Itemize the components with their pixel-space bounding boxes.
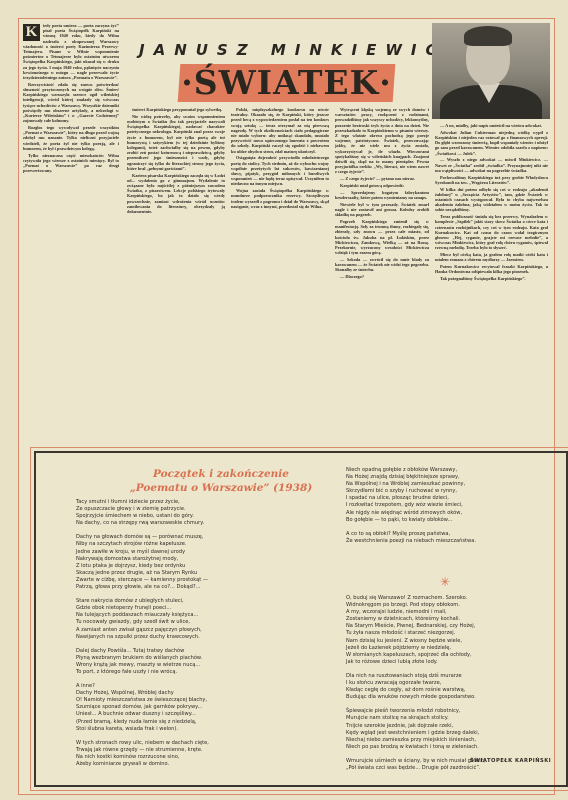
article-paragraph: Osiągnięta dojrzałość przywiodła młodzie…	[231, 155, 329, 186]
poem-line: Uniesł... A buchnie odwar duszny i szczę…	[76, 711, 209, 718]
poem-end-column: O, buduj się Warszawo! Z rozmachem. Szer…	[346, 595, 485, 779]
poem-stanza: Dachy na głowach domów są — porównać mus…	[76, 534, 209, 591]
article-title: ·ŚWIATEK·	[179, 62, 394, 102]
article-column-1: śmierci Karpińskiego przypomniał jego sy…	[127, 107, 225, 427]
article-paragraph: — Z czego żyjecie? — pytano nas nieraz.	[335, 176, 429, 181]
poem-line: O, buduj się Warszawo! Z rozmachem. Szer…	[346, 595, 485, 602]
article-paragraph: Pochowaliśmy Karpińskiego tuż przy grobi…	[435, 175, 548, 185]
poem-line: Nam dzisiaj ku jesieni. Z wiosny będzie …	[346, 638, 485, 645]
article-paragraph: Teraz publiczność śmiała się bez przerwy…	[435, 214, 548, 250]
poem-line: Kędy wgląd jest westchnieniem i gdzie br…	[346, 730, 485, 737]
poem-line: Niech opadną gołębie z obłoków Warszawy,	[346, 467, 476, 474]
poem-line: „Pół świata czci was będzie... Drugie pó…	[346, 765, 485, 772]
poem-stanza: Śpiewajcie pieśń tworzenia młodzi robotn…	[346, 708, 485, 751]
article-paragraph: Tak pożegnaliśmy Świątopełka Karpińskieg…	[435, 276, 548, 281]
article-paragraph: — Szkoda — zwrócił się do mnie blady za …	[335, 257, 429, 273]
article-paragraph: Nie widzę potrzeby, aby swoim wspomnieni…	[127, 114, 225, 171]
poem-stanza: Dla nich na rusztowaniach stoją dziś mur…	[346, 673, 485, 701]
article-paragraph: śmierci Karpińskiego przypomniał jego sy…	[127, 107, 225, 112]
poem-left-column: Tacy smutni i tłumni idziecie przez życi…	[76, 499, 209, 775]
poem-line: Tu nocowały gwiazdy, gdy szedł świt w ul…	[76, 619, 209, 626]
poem-line: Na nich kostki kominów rozrzucone sino,	[76, 754, 209, 761]
author-name: JANUSZ MINKIEWICZ	[139, 41, 424, 59]
poem-stanza: Stare nakrycia domów z ubiegłych stuleci…	[76, 598, 209, 641]
poem-box: Początek i zakończenie „Poematu o Warsza…	[34, 451, 568, 787]
poem-line: Jedne zawiłe w kroju, w myśl dawnej urod…	[76, 549, 209, 556]
intro-paragraph: Tylko nieznaczna część mieszkańców Wilna…	[23, 153, 119, 174]
poem-line: Skaczą jedne przez drugie, aż na Starym …	[76, 570, 209, 577]
article-column-4: — A no, miałby, jaki napis umieścił na w…	[435, 123, 548, 428]
article-column-2: Polski, międzyszkolnego konkursu na utwó…	[231, 107, 329, 427]
poem-line: Tu żyła nasza młodość i starzeć niezgorz…	[346, 630, 485, 637]
poem-line: Na dachy, co na strzępy rwą warszawskie …	[76, 520, 209, 527]
poem-title: Początek i zakończenie „Poematu o Warsza…	[106, 467, 336, 495]
intro-paragraph: Rzeczywistość zdała się znowu potwierdza…	[23, 82, 119, 124]
article-paragraph: W kilka dni potem odbyło się coś w rodza…	[435, 187, 548, 213]
poem-line: (Przed bramą, kiedy nuda łamie się z nie…	[76, 719, 209, 726]
poem-line: Budując dla wnuków nowych młode gospodar…	[346, 694, 485, 701]
poem-line: I rozkwitać trzepotem, gdy wóz wiezie śm…	[346, 502, 476, 509]
poem-line: Zwarte w ciżbę, sterczące — kamienny pro…	[76, 577, 209, 584]
intro-column: K iedy poeta umiera — poeta zaczyna żyć”…	[23, 23, 119, 428]
article-paragraph: Wytrąceni klęską wojenną ze swych domów …	[335, 107, 429, 175]
poem-line: Nawijanych na szpulki przez duchy krawco…	[76, 634, 209, 641]
poem-line: Jak to różowe dzieci lubią złote lody.	[346, 659, 485, 666]
poem-line: A co to są obłoki? Myślę proszę państwa,	[346, 531, 476, 538]
poem-stanza: W tych stronach rowy ulic, niebem w dach…	[76, 740, 209, 768]
poem-line: Gdzie obok nietoperzy frunęli poeci...	[76, 605, 209, 612]
poem-line: Dla nich na rusztowaniach stoją dziś mur…	[346, 673, 485, 680]
poem-line: Tnijcie szerokie jezdnie, jak dojrzałe r…	[346, 723, 485, 730]
poem-line: W tych stronach rowy ulic, niebem w dach…	[76, 740, 209, 747]
poem-line: Spojrzyjcie śmiechem w niebo, ustani do …	[76, 513, 209, 520]
intro-paragraph: Rozgłos tego wywoływał przede wszystkim …	[23, 125, 119, 151]
author-portrait-photo	[432, 23, 550, 119]
separator-star-icon: ✳	[440, 575, 450, 590]
newspaper-page: K iedy poeta umiera — poeta zaczyna żyć”…	[18, 18, 555, 795]
poem-line: Wrony krążą jak mewy, maszty w wietrze n…	[76, 662, 209, 669]
poem-line: Jeżeli do Łazienek pójdziemy w niedzielę…	[346, 645, 485, 652]
poem-line: Widnokręgom po brzegi. Pod stopy obłokom…	[346, 602, 485, 609]
poem-line: Dalej dachy Powiśla... Tutaj tratwy dach…	[76, 648, 209, 655]
poem-stanza: Niech opadną gołębie z obłoków Warszawy,…	[346, 467, 476, 524]
poem-stanza: A co to są obłoki? Myślę proszę państwa,…	[346, 531, 476, 545]
poem-line: Patrzą, głowa przy głowie, ale na co?...…	[76, 584, 209, 591]
poem-line: To port, z którego fale uszły i nie wróc…	[76, 669, 209, 676]
poem-line: Śpiewajcie pieśń tworzenia młodzi robotn…	[346, 708, 485, 715]
poem-line: Stoi ślubna kareta, wsiada frak i welon)…	[76, 726, 209, 733]
poem-stanza: Dalej dachy Powiśla... Tutaj tratwy dach…	[76, 648, 209, 676]
article-paragraph: — Sprzedajemy bogatym fabrykantom bruder…	[335, 190, 429, 200]
poem-line: Płyną wezbranym brukiem do wiślanych pia…	[76, 655, 209, 662]
poem-line: Stare nakrycia domów z ubiegłych stuleci…	[76, 598, 209, 605]
poem-line: W słomianych kapeluszach, spojrzeć dla o…	[346, 652, 485, 659]
poem-line: Bo gołębie — to pąki, to kwiaty obłoków.…	[346, 517, 476, 524]
article-column-3: Wytrąceni klęską wojenną ze swych domów …	[335, 107, 429, 427]
article-paragraph: — A no, miałby, jaki napis umieścił na w…	[435, 123, 548, 128]
poem-line: Że westchnienia poezji na niebach mieszc…	[346, 538, 476, 545]
article-paragraph: Kariera pisarska Karpińskiego zaczęła si…	[127, 173, 225, 215]
article-paragraph: Karpiński miał gotową odpowiedź:	[335, 183, 429, 188]
poem-stanza: Wmurujcie uśmiech w ściany, by w nich mu…	[346, 758, 485, 772]
poem-line: Nakrywają domostwa starożytnej mody,	[76, 556, 209, 563]
poem-stanza: A inne? Dachy Hożej, Wspólnej, Wróblej d…	[76, 683, 209, 733]
poem-line: Trwają jak równe grzędy — nie strumienne…	[76, 747, 209, 754]
article-paragraph: Niewiele był w tym przesady. Światek zma…	[335, 202, 429, 218]
poem-line: A zamiast anten zwisał gąszcz pajęczyn p…	[76, 627, 209, 634]
poem-line: Ażeby kominiarze grywali w domino.	[76, 761, 209, 768]
article-paragraph: Polski, międzyszkolnego konkursu na utwó…	[231, 107, 329, 154]
article-paragraph: Pogrzeb Karpińskiego zmienił się w manif…	[335, 219, 429, 255]
drop-cap: K	[23, 24, 40, 41]
poem-line: Niby na szczytach strojów różne kapelusz…	[76, 541, 209, 548]
article-paragraph: — Wyszło z niego adwokat — mówił Minkiew…	[435, 157, 548, 173]
poem-right-column: Niech opadną gołębie z obłoków Warszawy,…	[346, 467, 476, 552]
article-paragraph: Adwokat Julian Cukierman niejedną wódkę …	[435, 130, 548, 156]
poem-line: Murujcie nam stolicę na skrajach stolicy…	[346, 715, 485, 722]
poem-line: Z lotu ptaka je dojrzysz, kiedy bez ordy…	[76, 563, 209, 570]
article-paragraph: Miecz był córką kata, ja grałem rolę mat…	[435, 252, 548, 262]
poem-signature: ŚWIATOPEŁK KARPIŃSKI	[470, 758, 551, 764]
poem-line: Niechaj niebo zamieszka przy miejskich i…	[346, 737, 485, 744]
poem-line: Ale nigdy nie więdnąć wśród zimowych okó…	[346, 510, 476, 517]
poem-stanza: O, buduj się Warszawo! Z rozmachem. Szer…	[346, 595, 485, 666]
poem-line: Niech po pas brodzą w kwiatach i toną w …	[346, 744, 485, 751]
poem-stanza: Tacy smutni i tłumni idziecie przez życi…	[76, 499, 209, 527]
poem-line: Tacy smutni i tłumni idziecie przez życi…	[76, 499, 209, 506]
article-paragraph: Wojna zastała Świątopełka Karpińskiego w…	[231, 188, 329, 209]
poem-title-line-2: „Poematu o Warszawie” (1938)	[106, 481, 336, 495]
poem-line: Wmurujcie uśmiech w ściany, by w nich mu…	[346, 758, 485, 765]
article-paragraph: — Dlaczego?	[335, 274, 429, 279]
poem-title-line-1: Początek i zakończenie	[106, 467, 336, 481]
article-paragraph: Potem Kurnakowicz recytował fraszki Karp…	[435, 264, 548, 274]
portrait-hair	[464, 26, 512, 46]
